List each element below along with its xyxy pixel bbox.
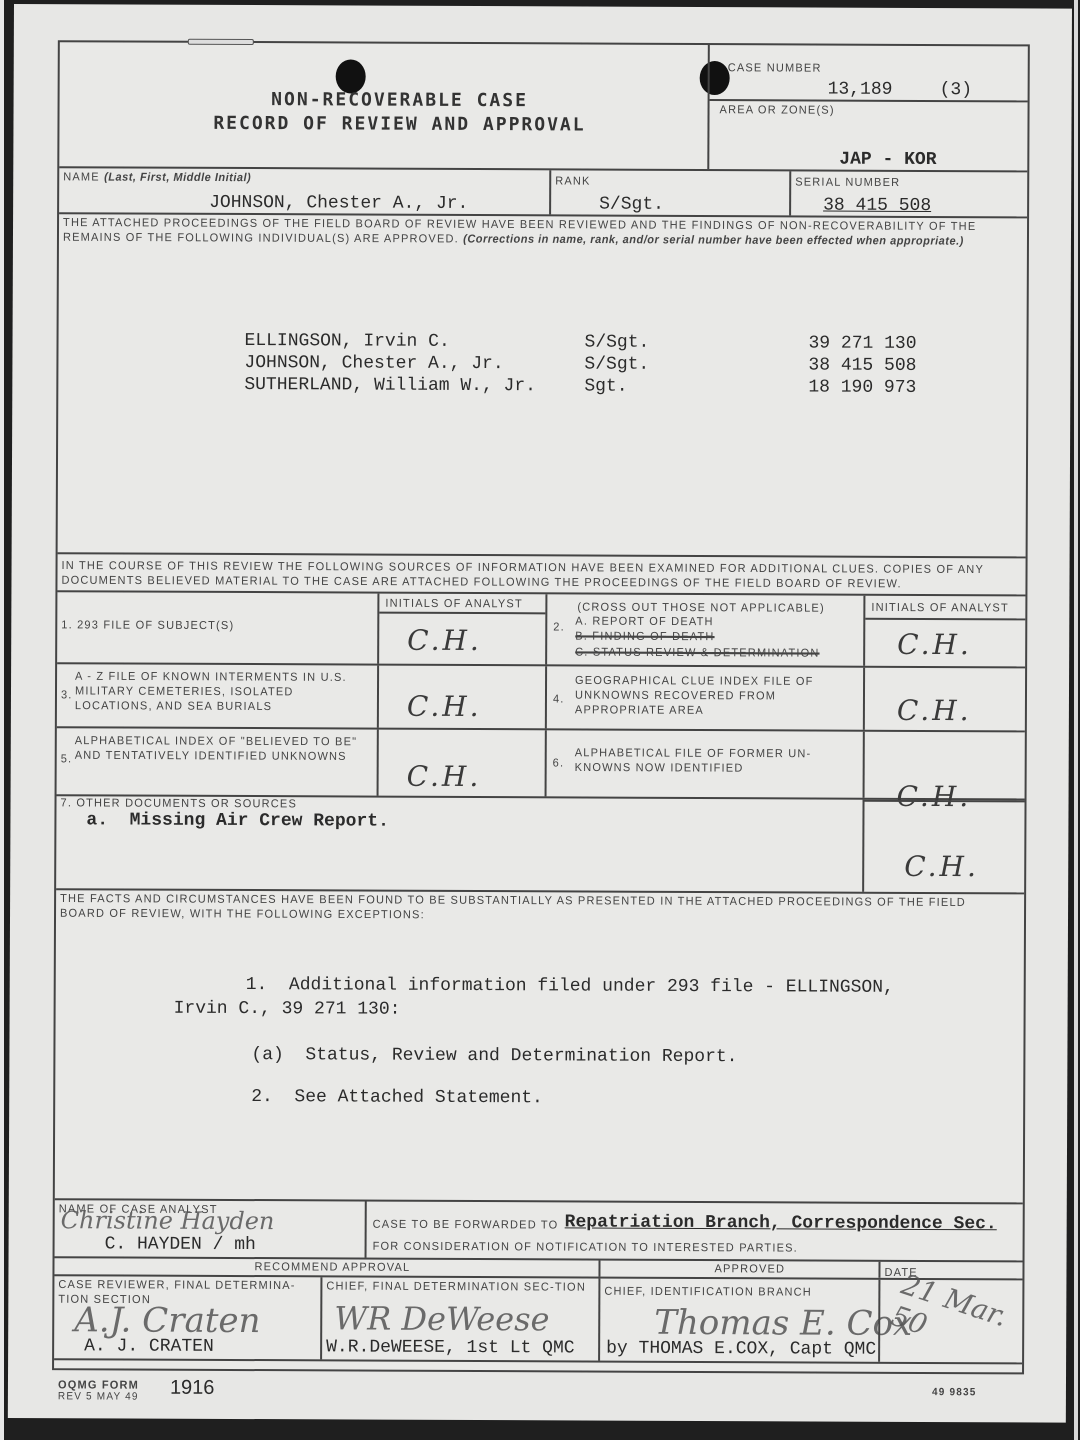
sources-intro-row: IN THE COURSE OF THIS REVIEW THE FOLLOWI…: [57, 554, 1025, 596]
signoff-row: CASE REVIEWER, FINAL DETERMINA-TION SECT…: [54, 1276, 1022, 1364]
exception-line-1a: (a) Status, Review and Determination Rep…: [251, 1045, 737, 1067]
divider: [377, 666, 379, 728]
list-item: ELLINGSON, Irvin C. S/Sgt. 39 271 130: [244, 331, 944, 356]
source-item-6: ALPHABETICAL FILE OF FORMER UN-KNOWNS NO…: [575, 746, 845, 777]
analyst-initials: C.H.: [897, 694, 972, 727]
chief-id-name: by THOMAS E.COX, Capt QMC: [606, 1339, 876, 1360]
analyst-initials: C.H.: [904, 850, 979, 883]
divider: [863, 732, 865, 798]
form-frame: NON-RECOVERABLE CASE RECORD OF REVIEW AN…: [52, 40, 1030, 1374]
rank-value: S/Sgt.: [599, 195, 664, 215]
form-revision: REV 5 MAY 49: [58, 1390, 139, 1405]
source-item-4-num: 4.: [553, 692, 565, 707]
analyst-signature: Christine Hayden: [61, 1206, 275, 1235]
individual-rank: Sgt.: [584, 376, 627, 396]
recommend-approval-label: RECOMMEND APPROVAL: [254, 1260, 410, 1275]
forward-destination: Repatriation Branch, Correspondence Sec.: [565, 1212, 997, 1234]
sources-row-2: 3. A - Z FILE OF KNOWN INTERMENTS IN U.S…: [57, 664, 1025, 732]
source-item-2c: c. STATUS REVIEW & DETERMINATION: [575, 645, 819, 661]
divider: [545, 594, 547, 664]
individuals-section: THE ATTACHED PROCEEDINGS OF THE FIELD BO…: [58, 214, 1027, 558]
divider: [598, 1261, 600, 1277]
chief-fd-label: CHIEF, FINAL DETERMINATION SEC-TION: [326, 1279, 598, 1295]
exceptions-section: THE FACTS AND CIRCUMSTANCES HAVE BEEN FO…: [55, 890, 1024, 1204]
exception-line-1: 1. Additional information filed under 29…: [246, 975, 894, 998]
individual-name: SUTHERLAND, William W., Jr.: [244, 375, 536, 396]
analyst-initials: C.H.: [897, 628, 972, 661]
exceptions-intro: THE FACTS AND CIRCUMSTANCES HAVE BEEN FO…: [60, 892, 1000, 926]
individual-rank: S/Sgt.: [584, 354, 649, 374]
source-item-7: 7. OTHER DOCUMENTS OR SOURCES: [60, 796, 297, 812]
document-page: NON-RECOVERABLE CASE RECORD OF REVIEW AN…: [8, 4, 1072, 1423]
divider: [320, 1277, 322, 1359]
area-value: JAP - KOR: [839, 150, 936, 170]
analyst-initials: C.H.: [407, 690, 482, 723]
tile-grout: [1074, 0, 1078, 1440]
approved-label: APPROVED: [714, 1262, 785, 1277]
initials-header: INITIALS OF ANALYST: [385, 596, 523, 611]
case-number-suffix: (3): [940, 80, 972, 100]
individual-serial: 38 415 508: [808, 355, 916, 375]
divider: [377, 730, 379, 796]
source-item-2a: a. REPORT OF DEATH: [575, 614, 713, 629]
name-label: NAME (Last, First, Middle Initial): [63, 170, 251, 186]
chief-fd-signature: WR DeWeese: [334, 1299, 549, 1338]
source-item-6-num: 6.: [553, 756, 565, 771]
individual-serial: 18 190 973: [808, 377, 916, 397]
divider: [545, 666, 547, 728]
divider: [863, 668, 865, 730]
chief-id-label: CHIEF, IDENTIFICATION BRANCH: [604, 1284, 812, 1300]
source-item-7a: a. Missing Air Crew Report.: [86, 810, 389, 831]
source-item-2b: b. FINDING OF DEATH: [575, 629, 714, 644]
divider: [365, 1202, 367, 1258]
divider: [863, 800, 1025, 803]
exception-line-2: 2. See Attached Statement.: [251, 1087, 543, 1108]
form-number: 1916: [170, 1377, 215, 1400]
forward-label: CASE TO BE FORWARDED TO: [373, 1217, 559, 1233]
area-label: AREA OR ZONE(S): [720, 103, 835, 118]
source-item-1: 1. 293 FILE OF SUBJECT(S): [61, 618, 234, 633]
individual-serial: 39 271 130: [808, 333, 916, 353]
initials-header-box: INITIALS OF ANALYST: [379, 594, 545, 615]
source-item-2-num: 2.: [553, 620, 565, 635]
chief-fd-name: W.R.DeWEESE, 1st Lt QMC: [326, 1337, 575, 1358]
list-item: JOHNSON, Chester A., Jr. S/Sgt. 38 415 5…: [244, 353, 944, 378]
initials-header: INITIALS OF ANALYST: [871, 600, 1009, 615]
case-number-box: CASE NUMBER 13,189 (3): [710, 45, 1028, 102]
serial-label: SERIAL NUMBER: [795, 175, 900, 190]
analyst-initials: C.H.: [896, 780, 971, 813]
divider: [878, 1280, 880, 1362]
divider: [598, 1279, 600, 1361]
reviewer-name: A. J. CRATEN: [84, 1336, 214, 1357]
form-title-line2: RECORD OF REVIEW AND APPROVAL: [139, 113, 659, 136]
sources-intro: IN THE COURSE OF THIS REVIEW THE FOLLOWI…: [61, 559, 1023, 593]
serial-value: 38 415 508: [823, 196, 931, 216]
rank-label: RANK: [555, 174, 590, 189]
case-number-value: 13,189: [828, 80, 893, 100]
source-item-5: ALPHABETICAL INDEX OF "BELIEVED TO BE" A…: [75, 734, 375, 765]
divider: [789, 171, 791, 215]
header-row: NON-RECOVERABLE CASE RECORD OF REVIEW AN…: [59, 42, 1028, 172]
divider: [878, 1262, 880, 1278]
exception-line-1b: Irvin C., 39 271 130:: [174, 999, 401, 1020]
forward-note: FOR CONSIDERATION OF NOTIFICATION TO INT…: [373, 1239, 798, 1256]
sources-row-3: 5. ALPHABETICAL INDEX OF "BELIEVED TO BE…: [57, 728, 1025, 800]
chief-id-signature: Thomas E. Cox: [654, 1303, 912, 1344]
sources-row-1: 1. 293 FILE OF SUBJECT(S) INITIALS OF AN…: [57, 592, 1025, 668]
source-item-5-num: 5.: [61, 752, 73, 767]
divider: [549, 170, 551, 214]
case-number-label: CASE NUMBER: [728, 61, 822, 76]
form-title-line1: NON-RECOVERABLE CASE: [140, 89, 660, 112]
analyst-initials: C.H.: [407, 624, 482, 657]
source-item-3: A - Z FILE OF KNOWN INTERMENTS IN U.S. M…: [75, 669, 375, 714]
divider: [545, 730, 547, 796]
sources-row-4: 7. OTHER DOCUMENTS OR SOURCES a. Missing…: [56, 796, 1024, 894]
date-value: 21 Mar. 50: [887, 1268, 1029, 1371]
individual-name: JOHNSON, Chester A., Jr.: [244, 353, 503, 374]
source-item-3-num: 3.: [61, 688, 73, 703]
analyst-name: C. HAYDEN / mh: [105, 1234, 256, 1255]
list-item: SUTHERLAND, William W., Jr. Sgt. 18 190 …: [244, 375, 944, 400]
subject-row: NAME (Last, First, Middle Initial) JOHNS…: [59, 168, 1027, 218]
print-code: 49 9835: [932, 1386, 977, 1401]
approval-statement: THE ATTACHED PROCEEDINGS OF THE FIELD BO…: [63, 216, 1023, 250]
divider: [862, 800, 864, 892]
source-item-4: GEOGRAPHICAL CLUE INDEX FILE OF UNKNOWNS…: [575, 673, 855, 718]
name-value: JOHNSON, Chester A., Jr.: [209, 193, 468, 214]
individual-name: ELLINGSON, Irvin C.: [244, 331, 449, 352]
reviewer-signature: A.J. Craten: [74, 1300, 260, 1341]
individual-rank: S/Sgt.: [584, 332, 649, 352]
initials-header-box: INITIALS OF ANALYST: [865, 596, 1025, 621]
analyst-row: NAME OF CASE ANALYST Christine Hayden C.…: [55, 1200, 1023, 1262]
analyst-initials: C.H.: [407, 760, 482, 793]
individuals-list: ELLINGSON, Irvin C. S/Sgt. 39 271 130 JO…: [244, 331, 944, 400]
